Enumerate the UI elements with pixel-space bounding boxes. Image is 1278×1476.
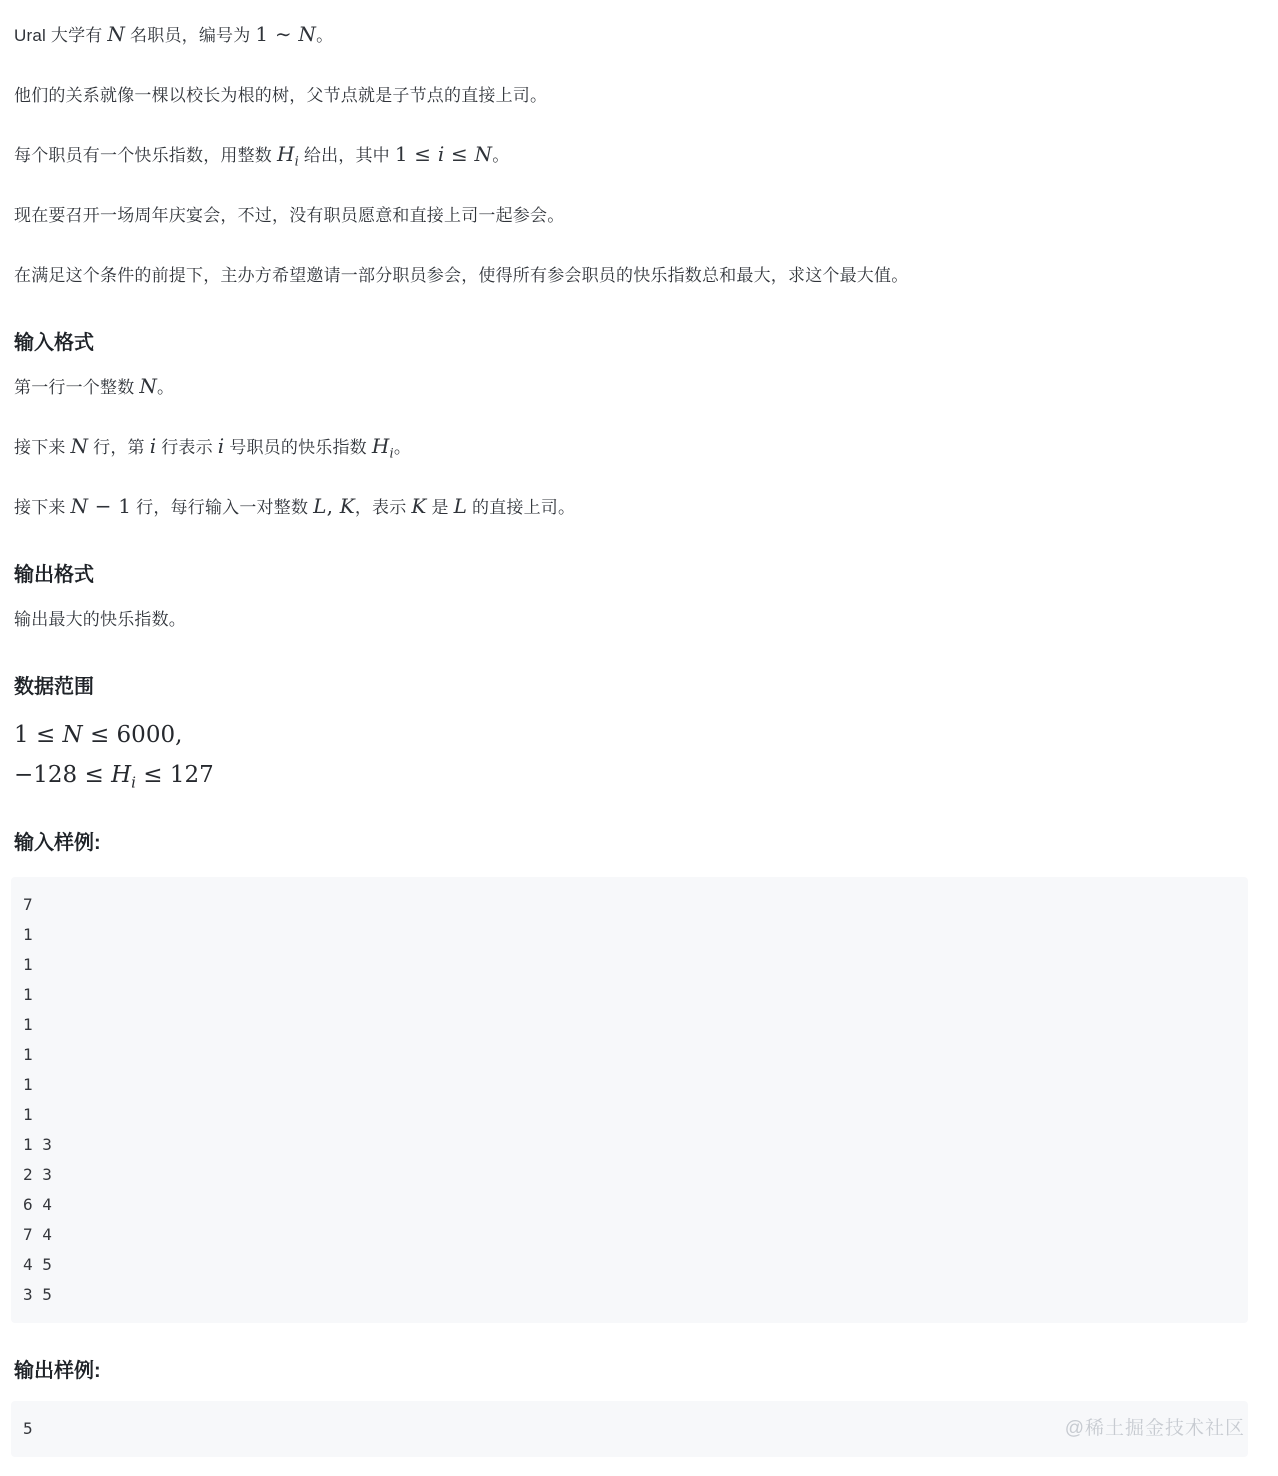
text-run: Ural 大学有 [14, 26, 107, 45]
paragraph-intro-2: 他们的关系就像一棵以校长为根的树，父节点就是子节点的直接上司。 [14, 81, 1250, 111]
sample-input-heading: 输入样例: [14, 829, 1250, 857]
data-range-line-n: 1 ≤ N ≤ 6000, [14, 715, 1250, 755]
paragraph-intro-5: 在满足这个条件的前提下，主办方希望邀请一部分职员参会，使得所有参会职员的快乐指数… [14, 261, 1250, 291]
paragraph-input-1: 第一行一个整数 N。 [14, 373, 1250, 403]
text-run: 他们的关系就像一棵以校长为根的树，父节点就是子节点的直接上司。 [14, 86, 547, 105]
code-line: 1 [23, 980, 1236, 1010]
text-run: 现在要召开一场周年庆宴会，不过，没有职员愿意和直接上司一起参会。 [14, 206, 564, 225]
code-line: 1 [23, 1100, 1236, 1130]
sample-input-codeblock: 7 1 1 1 1 1 1 1 1 3 2 3 6 4 7 4 4 5 3 5 [11, 877, 1248, 1323]
code-line: 1 3 [23, 1130, 1236, 1160]
code-line: 1 [23, 1040, 1236, 1070]
input-format-heading: 输入格式 [14, 329, 1250, 357]
code-line: 2 3 [23, 1160, 1236, 1190]
paragraph-intro-1: Ural 大学有 N 名职员，编号为 1 ∼ N。 [14, 21, 1250, 51]
text-run: 第一行一个整数 [14, 378, 139, 397]
text-run: 给出，其中 [299, 146, 395, 165]
math-range: 1 ∼ [255, 22, 298, 46]
text-run: 。 [157, 378, 174, 397]
text-run: 行表示 [156, 438, 217, 457]
code-line: 6 4 [23, 1190, 1236, 1220]
math-var-K: K [340, 494, 355, 518]
math-num: −128 ≤ [14, 762, 111, 788]
text-run: 行，每行输入一对整数 [131, 498, 313, 517]
text-run: 输出最大的快乐指数。 [14, 610, 186, 629]
text-run: 在满足这个条件的前提下，主办方希望邀请一部分职员参会，使得所有参会职员的快乐指数… [14, 266, 908, 285]
math-var-N: N [139, 374, 157, 398]
math-var-L: L [454, 494, 467, 518]
paragraph-output-1: 输出最大的快乐指数。 [14, 605, 1250, 635]
output-format-heading: 输出格式 [14, 561, 1250, 589]
math-var-K: K [411, 494, 426, 518]
math-var-H: H [372, 434, 390, 458]
math-num: 1 ≤ [14, 722, 63, 748]
text-run: 。 [316, 26, 333, 45]
math-var-N: N [63, 722, 83, 748]
text-run: 是 [427, 498, 454, 517]
sample-output-codeblock: 5 [11, 1401, 1248, 1457]
text-run: 每个职员有一个快乐指数，用整数 [14, 146, 277, 165]
math-op: ≤ [444, 142, 474, 166]
math-var-N: N [71, 434, 89, 458]
paragraph-input-2: 接下来 N 行，第 i 行表示 i 号职员的快乐指数 Hi。 [14, 433, 1250, 463]
code-line: 1 [23, 1010, 1236, 1040]
text-run: 号职员的快乐指数 [224, 438, 371, 457]
code-line: 1 [23, 920, 1236, 950]
text-run: 接下来 [14, 438, 71, 457]
code-line: 7 4 [23, 1220, 1236, 1250]
text-run: 行，第 [88, 438, 149, 457]
math-num: 1 ≤ [395, 142, 438, 166]
math-var-N: N [475, 142, 493, 166]
paragraph-intro-3: 每个职员有一个快乐指数，用整数 Hi 给出，其中 1 ≤ i ≤ N。 [14, 141, 1250, 171]
math-num: ≤ 127 [136, 762, 214, 788]
data-range-block: 1 ≤ N ≤ 6000, −128 ≤ Hi ≤ 127 [14, 715, 1250, 795]
text-run: 。 [492, 146, 509, 165]
code-line: 7 [23, 890, 1236, 920]
math-comma: , [327, 494, 340, 518]
math-var-N: N [298, 22, 316, 46]
paragraph-input-3: 接下来 N − 1 行，每行输入一对整数 L, K，表示 K 是 L 的直接上司… [14, 493, 1250, 523]
math-var-H: H [111, 762, 131, 788]
math-var-N: N [107, 22, 125, 46]
text-run: 的直接上司。 [467, 498, 575, 517]
paragraph-intro-4: 现在要召开一场周年庆宴会，不过，没有职员愿意和直接上司一起参会。 [14, 201, 1250, 231]
code-line: 1 [23, 950, 1236, 980]
text-run: 名职员，编号为 [125, 26, 255, 45]
code-line: 5 [23, 1414, 1236, 1444]
sample-output-heading: 输出样例: [14, 1357, 1250, 1385]
math-var-H: H [277, 142, 295, 166]
math-minus-one: − 1 [88, 494, 131, 518]
code-line: 4 5 [23, 1250, 1236, 1280]
problem-statement-page: Ural 大学有 N 名职员，编号为 1 ∼ N。 他们的关系就像一棵以校长为根… [0, 0, 1278, 1457]
math-num: ≤ 6000, [83, 722, 183, 748]
math-var-N: N [71, 494, 89, 518]
text-run: 。 [394, 438, 411, 457]
data-range-heading: 数据范围 [14, 673, 1250, 701]
text-run: ，表示 [355, 498, 412, 517]
code-line: 3 5 [23, 1280, 1236, 1310]
text-run: 接下来 [14, 498, 71, 517]
code-line: 1 [23, 1070, 1236, 1100]
math-var-L: L [313, 494, 326, 518]
data-range-line-h: −128 ≤ Hi ≤ 127 [14, 755, 1250, 795]
